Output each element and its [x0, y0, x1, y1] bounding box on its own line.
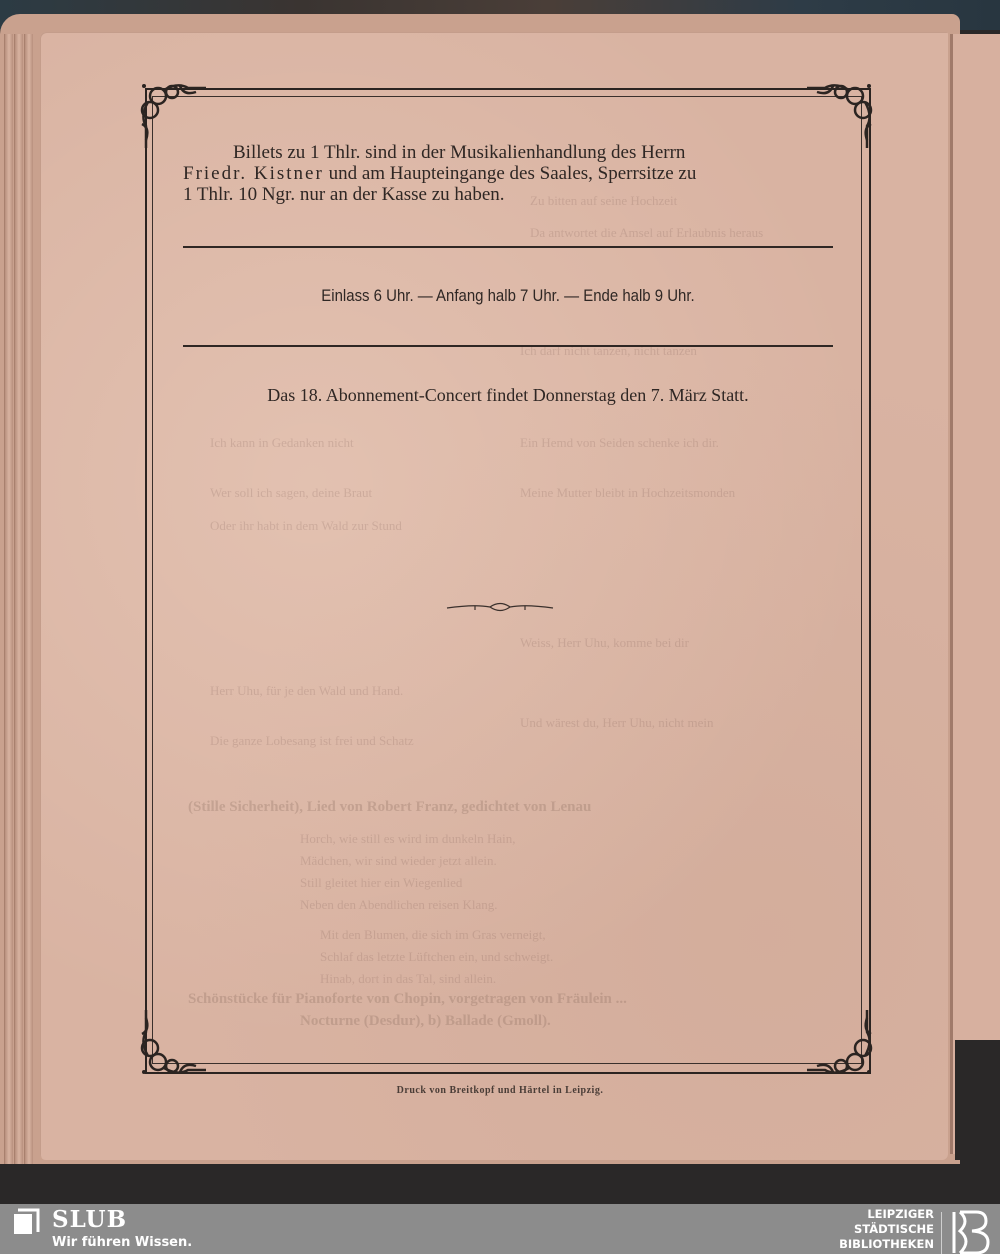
footer-bar: SLUB Wir führen Wissen. LEIPZIGER STÄDTI… [0, 1204, 1000, 1254]
slub-tagline: Wir führen Wissen. [52, 1235, 192, 1250]
lsb-name[interactable]: LEIPZIGER STÄDTISCHE BIBLIOTHEKEN [839, 1207, 934, 1252]
footer-divider [941, 1212, 942, 1254]
ornamental-frame-inner [152, 96, 862, 1064]
lsb-logo-icon[interactable] [950, 1209, 990, 1254]
event-times: Einlass 6 Uhr. — Anfang halb 7 Uhr. — En… [222, 286, 794, 306]
next-concert-notice: Das 18. Abonnement-Concert findet Donner… [183, 385, 833, 406]
ticket-info-paragraph: Billets zu 1 Thlr. sind in der Musikalie… [183, 142, 833, 205]
facing-page-edge [950, 34, 1000, 1154]
horizontal-rule [183, 246, 833, 248]
slub-logo-icon[interactable] [12, 1208, 42, 1236]
facing-page-shadow [955, 1040, 1000, 1160]
ticket-info-line-2: Friedr. Kistner und am Haupteingange des… [183, 163, 833, 184]
divider-ornament-icon [445, 598, 555, 618]
ticket-info-line-3: 1 Thlr. 10 Ngr. nur an der Kasse zu habe… [183, 184, 833, 205]
ticket-info-line-1: Billets zu 1 Thlr. sind in der Musikalie… [183, 142, 833, 163]
slub-title[interactable]: SLUB [52, 1206, 127, 1233]
seller-name: Friedr. Kistner [183, 163, 324, 184]
stack-edge [24, 34, 33, 1164]
stack-edge [4, 34, 13, 1164]
horizontal-rule [183, 345, 833, 347]
printer-imprint: Druck von Breitkopf und Härtel in Leipzi… [300, 1085, 700, 1096]
corner-ornament-icon [138, 80, 208, 150]
corner-ornament-icon [138, 1008, 208, 1078]
stack-edge [14, 34, 23, 1164]
corner-ornament-icon [805, 80, 875, 150]
corner-ornament-icon [805, 1008, 875, 1078]
